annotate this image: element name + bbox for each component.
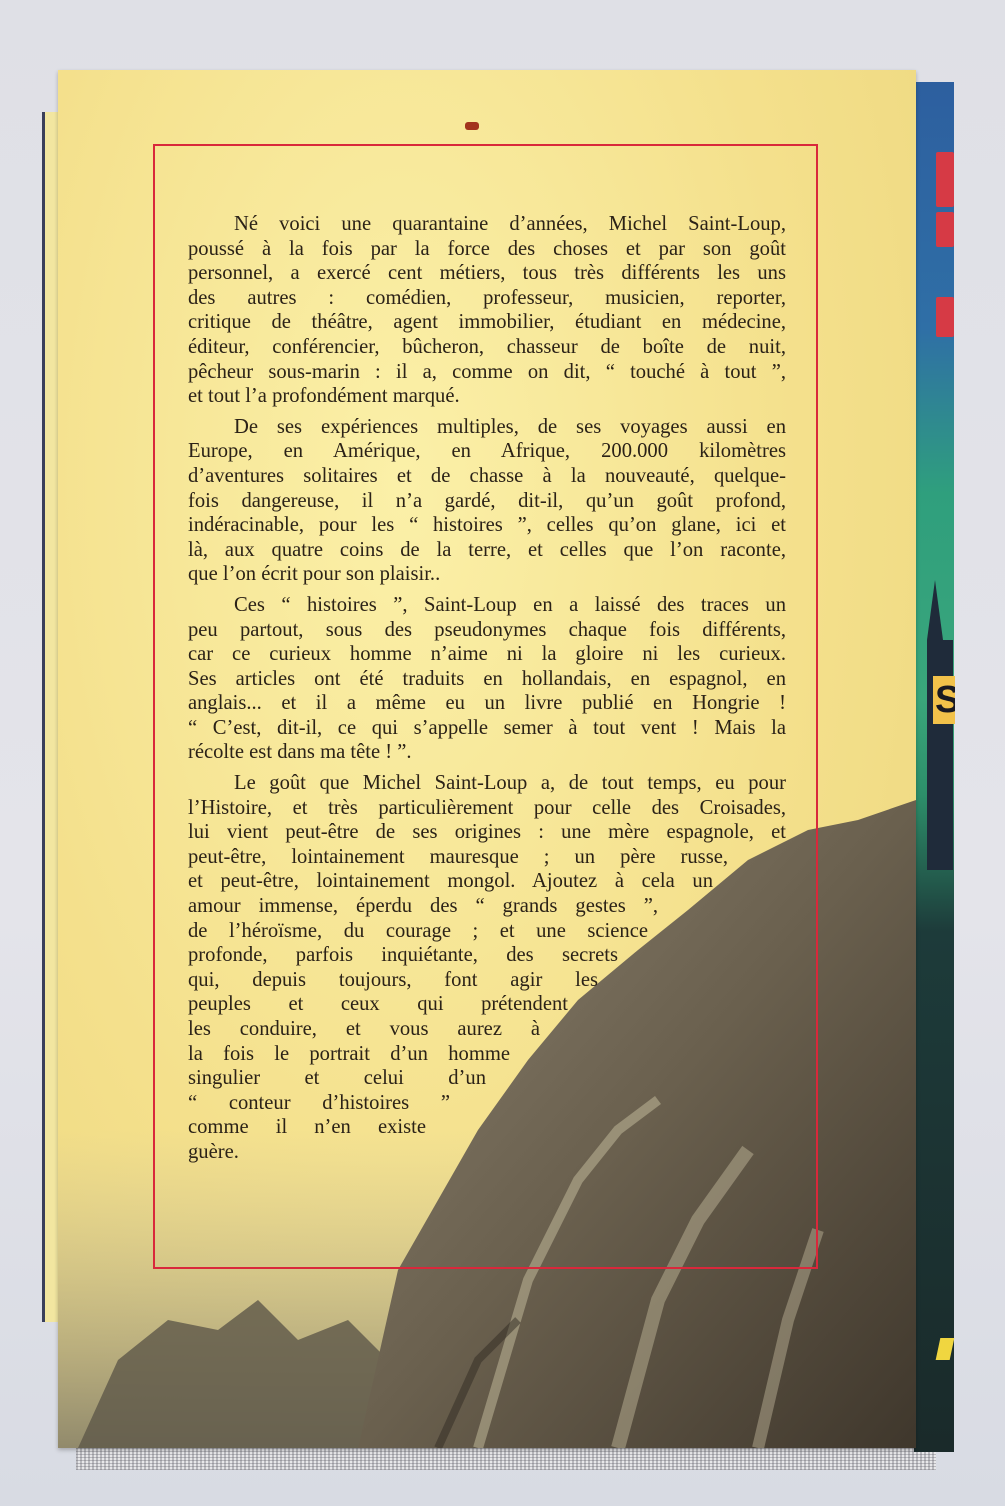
text-line: la fois le portrait d’un homme [188, 1042, 510, 1067]
text-line: Europe, en Amérique, en Afrique, 200.000… [188, 439, 786, 464]
castle-tower-illustration [927, 640, 953, 870]
text-line: profonde, parfois inquiétante, des secre… [188, 943, 618, 968]
text-line: peu partout, sous des pseudonymes chaque… [188, 618, 786, 643]
text-line: que l’on écrit pour son plaisir.. [188, 562, 786, 587]
text-line: fois dangereuse, il n’a gardé, dit-il, q… [188, 489, 786, 514]
text-line: peuples et ceux qui prétendent [188, 992, 568, 1017]
spine-title-block [936, 297, 954, 337]
text-line: lui vient peut-être de ses origines : un… [188, 820, 786, 845]
paragraph-3: Ces “ histoires ”, Saint-Loup en a laiss… [188, 593, 786, 765]
text-line: Le goût que Michel Saint-Loup a, de tout… [188, 771, 786, 796]
text-line: Ces “ histoires ”, Saint-Loup en a laiss… [188, 593, 786, 618]
paragraph-2: De ses expériences multiples, de ses voy… [188, 415, 786, 587]
text-line: là, aux quatre coins de la terre, et cel… [188, 538, 786, 563]
book-cloth-binding [76, 1445, 936, 1470]
text-line: car ce curieux homme n’aime ni la gloire… [188, 642, 786, 667]
text-line: l’Histoire, et très particulièrement pou… [188, 796, 786, 821]
text-line: éditeur, conférencier, bûcheron, chasseu… [188, 335, 786, 360]
text-line: et peut-être, lointainement mongol. Ajou… [188, 869, 713, 894]
text-line: poussé à la fois par la force des choses… [188, 237, 786, 262]
text-line: indéracinable, pour les “ histoires ”, c… [188, 513, 786, 538]
text-line: de l’héroïsme, du courage ; et une scien… [188, 919, 648, 944]
text-line: qui, depuis toujours, font agir les [188, 968, 598, 993]
text-line: Ses articles ont été traduits en holland… [188, 667, 786, 692]
paragraph-1: Né voici une quarantaine d’années, Miche… [188, 212, 786, 409]
text-line: peut-être, lointainement mauresque ; un … [188, 845, 728, 870]
text-line: personnel, a exercé cent métiers, tous t… [188, 261, 786, 286]
text-line: les conduire, et vous aurez à [188, 1017, 540, 1042]
text-line: des autres : comédien, professeur, music… [188, 286, 786, 311]
text-line: et tout l’a profondément marqué. [188, 384, 786, 409]
author-biography: Né voici une quarantaine d’années, Miche… [188, 212, 786, 1171]
text-line: De ses expériences multiples, de ses voy… [188, 415, 786, 440]
text-line: anglais... et il a même eu un livre publ… [188, 691, 786, 716]
ink-stain [465, 122, 479, 130]
text-line: récolte est dans ma tête ! ”. [188, 740, 786, 765]
text-line: d’aventures solitaires et de chasse à la… [188, 464, 786, 489]
text-line: critique de théâtre, agent immobilier, é… [188, 310, 786, 335]
text-line: amour immense, éperdu des “ grands geste… [188, 894, 658, 919]
spine-title-block [936, 152, 954, 207]
text-line: singulier et celui d’un [188, 1066, 486, 1091]
text-line: guère. [188, 1140, 786, 1165]
text-line: Né voici une quarantaine d’années, Miche… [188, 212, 786, 237]
text-line: comme il n’en existe [188, 1115, 426, 1140]
paragraph-4: Le goût que Michel Saint-Loup a, de tout… [188, 771, 786, 1165]
castle-tower-illustration [927, 580, 943, 640]
text-line: pêcheur sous-marin : il a, comme on dit,… [188, 360, 786, 385]
text-line: “ conteur d’histoires ” [188, 1091, 450, 1116]
text-line: “ C’est, dit-il, ce qui s’appelle semer … [188, 716, 786, 741]
spine-title-block [936, 212, 954, 247]
spine-letter-s: S [933, 676, 955, 724]
